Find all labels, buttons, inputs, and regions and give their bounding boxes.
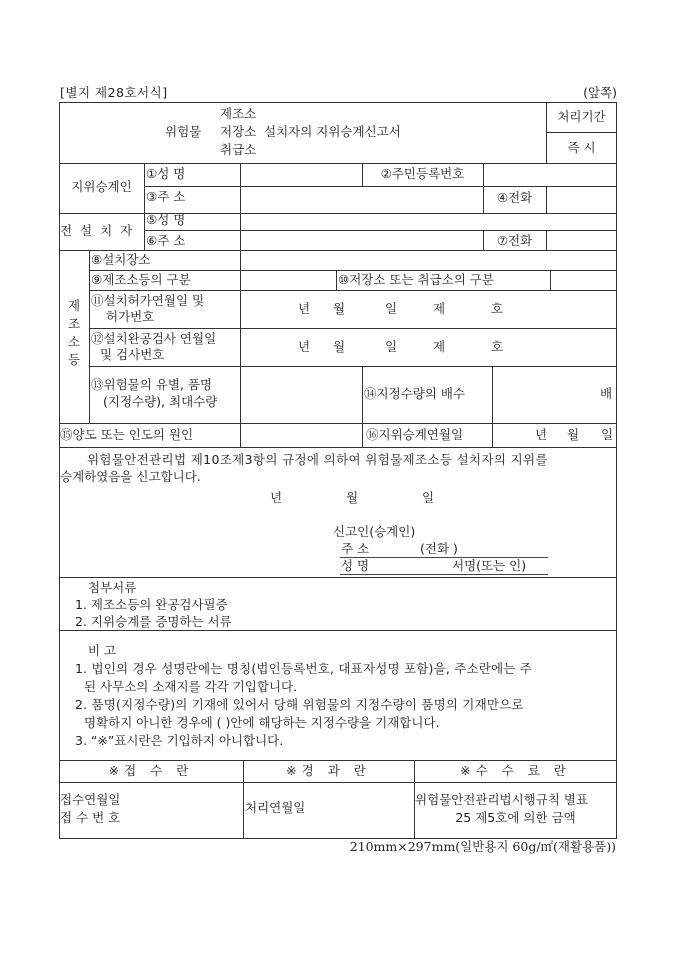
permit-day: 일: [385, 301, 397, 317]
reporter-signature-label: 서명(또는 인): [452, 558, 526, 574]
declaration-month: 월: [346, 490, 358, 506]
previous-group-label: 전 설 치 자: [60, 223, 134, 239]
inspection-month: 월: [333, 339, 345, 355]
title-line-2-mid: 저장소: [220, 124, 256, 140]
permit-no-suffix: 호: [491, 301, 503, 317]
declaration-day: 일: [422, 490, 434, 506]
process-date-label: 처리연월일: [245, 800, 305, 816]
successor-group-label: 지위승계인: [59, 179, 144, 195]
title-line-2-prefix: 위험물: [165, 124, 201, 140]
facility-group-label-3: 소: [59, 334, 89, 350]
successor-address-label: ③주 소: [146, 189, 185, 205]
hazmat-label-1: ⑬위험물의 유별, 품명: [91, 377, 212, 393]
attachment-item-2: 2. 지위승계를 증명하는 서류: [75, 614, 232, 630]
facility-group-label-4: 등: [59, 352, 89, 368]
receipt-header: ※접 수 란: [59, 763, 243, 779]
permit-year: 년: [298, 301, 310, 317]
remark-item-2: 2. 품명(지정수량)의 기재에 있어서 당해 위험물의 지정수량이 품명의 기…: [75, 697, 524, 713]
previous-phone-label: ⑦전화: [483, 233, 546, 249]
fee-line-2: 25 제5호에 의한 금액: [414, 810, 617, 826]
successor-phone-label: ④전화: [483, 190, 546, 206]
inspection-year: 년: [298, 339, 310, 355]
attachments-title: 첨부서류: [88, 580, 136, 596]
transfer-reason-label: ⑮양도 또는 인도의 원인: [60, 427, 193, 443]
transfer-date-label: ⑯지위승계연월일: [366, 427, 463, 443]
permit-label-1: ⑪설치허가연월일 및: [91, 293, 204, 309]
processing-period-label: 처리기간: [546, 109, 617, 125]
multiple-label: ⑭지정수량의 배수: [364, 386, 465, 402]
fee-header: ※수 수 료 란: [414, 763, 617, 779]
inspection-no-prefix: 제: [433, 339, 445, 355]
permit-month: 월: [333, 301, 345, 317]
attachment-item-1: 1. 제조소등의 완공검사필증: [75, 597, 228, 613]
reporter-name-label: 성 명: [341, 558, 369, 574]
inspection-no-suffix: 호: [491, 339, 503, 355]
declaration-text-1: 위험물안전관리법 제10조제3항의 규정에 의하여 위험물제조소등 설치자의 지…: [87, 452, 548, 468]
title-line-2-suffix: 설치자의 지위승계신고서: [264, 124, 401, 140]
permit-no-prefix: 제: [433, 301, 445, 317]
transfer-day: 일: [601, 427, 613, 443]
previous-address-label: ⑥주 소: [146, 233, 185, 249]
processing-period-value: 즉 시: [546, 140, 617, 156]
storage-type-label: ⑩저장소 또는 취급소의 구분: [338, 272, 494, 288]
receipt-number-label: 접 수 번 호: [60, 810, 120, 826]
hazmat-label-2: (지정수량), 최대수량: [103, 394, 217, 410]
facility-group-label-2: 조: [59, 316, 89, 332]
remarks-title: 비 고: [88, 643, 116, 659]
inspection-label-2: 및 검사번호: [100, 347, 164, 363]
inspection-day: 일: [385, 339, 397, 355]
successor-rrn-label: ②주민등록번호: [362, 166, 483, 182]
reporter-phone-label: (전화 ): [420, 541, 458, 557]
progress-header: ※경 과 란: [243, 763, 414, 779]
declaration-text-2: 승계하였음을 신고합니다.: [60, 469, 201, 485]
permit-label-2: 허가번호: [106, 309, 154, 325]
facility-group-label-1: 제: [59, 298, 89, 314]
remark-item-1-cont: 된 사무소의 소재지를 각각 기입합니다.: [84, 679, 297, 695]
paper-spec: 210mm×297mm(일반용지 60g/㎡(재활용품)): [350, 839, 616, 855]
declaration-year: 년: [270, 490, 282, 506]
receipt-date-label: 접수연월일: [60, 792, 120, 808]
title-line-3: 취급소: [220, 142, 256, 158]
form-number: [별지 제28호서식]: [60, 83, 168, 101]
successor-name-label: ①성 명: [146, 166, 185, 182]
remark-item-3: 3. “※”표시란은 기입하지 아니합니다.: [75, 733, 283, 749]
transfer-month: 월: [567, 427, 579, 443]
reporter-label: 신고인(승계인): [333, 524, 415, 540]
previous-name-label: ⑤성 명: [146, 212, 185, 228]
inspection-label-1: ⑫설치완공검사 연월일: [91, 331, 216, 347]
facility-type-label: ⑨제조소등의 구분: [91, 272, 191, 288]
transfer-year: 년: [535, 427, 547, 443]
remark-item-2-cont: 명확하지 아니한 경우에 ( )안에 해당하는 지정수량을 기재합니다.: [84, 715, 440, 731]
remark-item-1: 1. 법인의 경우 성명란에는 명칭(법인등록번호, 대표자성명 포함)을, 주…: [75, 661, 532, 677]
fee-line-1: 위험물안전관리법시행규칙 별표: [415, 792, 588, 808]
location-label: ⑧설치장소: [91, 252, 151, 268]
multiple-unit: 배: [600, 386, 612, 402]
page-side: (앞쪽): [583, 83, 617, 101]
reporter-address-label: 주 소: [341, 541, 369, 557]
title-line-1: 제조소: [220, 106, 256, 122]
